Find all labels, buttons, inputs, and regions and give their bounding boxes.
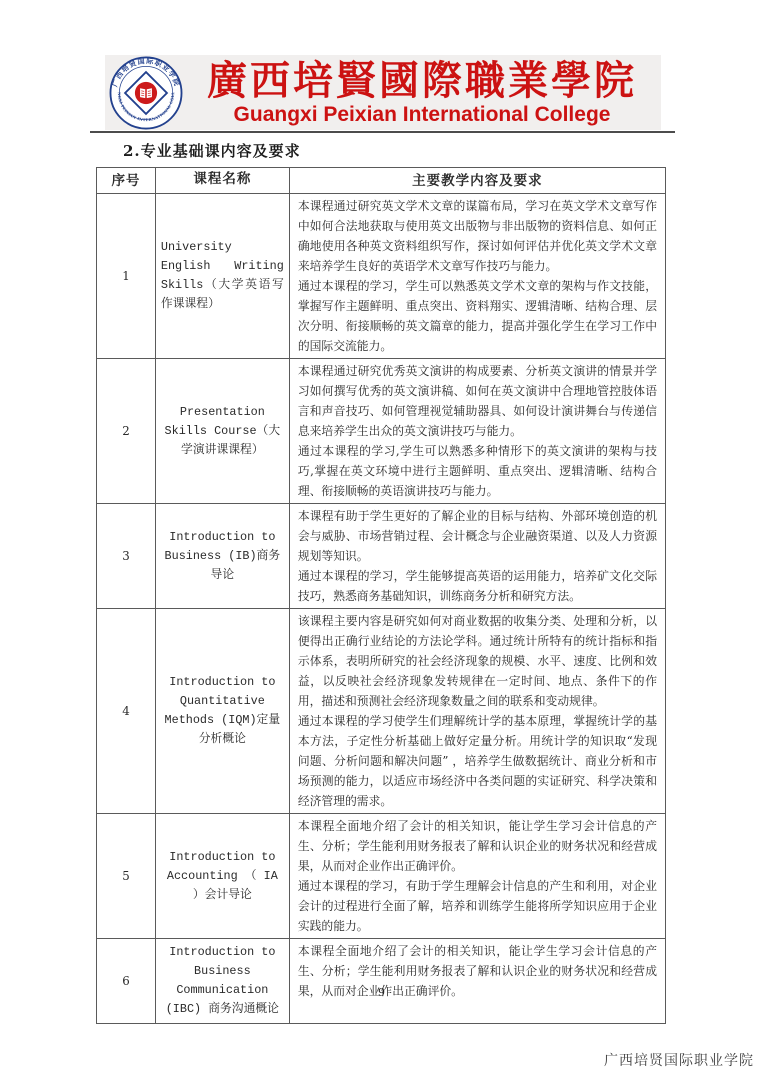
row-number: 5 — [97, 814, 156, 939]
college-name-english: Guangxi Peixian International College — [234, 103, 611, 127]
table-row: 3 Introduction to Business (IB)商务导论 本课程有… — [97, 504, 666, 609]
table-row: 5 Introduction to Accounting （ IA ）会计导论 … — [97, 814, 666, 939]
college-name-chinese: 廣西培賢國際職業學院 — [207, 59, 637, 103]
document-page: 广西培贤国际职业学院 GUANGXI PEIXIAN INTERNATIONAL… — [0, 0, 763, 1080]
content-paragraph: 通过本课程的学习,学生可以熟悉多种情形下的英文演讲的架构与技巧,掌握在英文环境中… — [298, 441, 657, 501]
table-body: 1 University English Writing Skills（大学英语… — [97, 194, 666, 1024]
column-header-course-name: 课程名称 — [155, 168, 289, 194]
courses-table: 序号 课程名称 主要教学内容及要求 1 University English W… — [96, 167, 666, 1024]
course-name: Introduction to Quantitative Methods (IQ… — [155, 609, 289, 814]
table-row: 6 Introduction to Business Communication… — [97, 939, 666, 1024]
college-header: 广西培贤国际职业学院 GUANGXI PEIXIAN INTERNATIONAL… — [105, 55, 661, 130]
table-header-row: 序号 课程名称 主要教学内容及要求 — [97, 168, 666, 194]
row-number: 2 — [97, 359, 156, 504]
content-paragraph: 通过本课程的学习，学生可以熟悉英文学术文章的架构与作文技能，掌握写作主题鲜明、重… — [298, 276, 657, 356]
row-number: 1 — [97, 194, 156, 359]
content-paragraph: 通过本课程的学习，学生能够提高英语的运用能力，培养矿文化交际技巧，熟悉商务基础知… — [298, 566, 657, 606]
row-number: 6 — [97, 939, 156, 1024]
course-name: Introduction to Business Communication (… — [155, 939, 289, 1024]
course-name: Introduction to Accounting （ IA ）会计导论 — [155, 814, 289, 939]
seal-center-circle — [135, 81, 157, 103]
course-name: University English Writing Skills（大学英语写作… — [155, 194, 289, 359]
content-cell: 本课程全面地介绍了会计的相关知识，能让学生学习会计信息的产生、分析；学生能利用财… — [289, 939, 665, 1024]
section-title: 2.专业基础课内容及要求 — [123, 140, 301, 161]
content-cell: 该课程主要内容是研究如何对商业数据的收集分类、处理和分析，以便得出正确行业结论的… — [289, 609, 665, 814]
college-seal-logo: 广西培贤国际职业学院 GUANGXI PEIXIAN INTERNATIONAL… — [109, 56, 183, 130]
content-paragraph: 本课程通过研究英文学术文章的谋篇布局，学习在英文学术文章写作中如何合法地获取与使… — [298, 196, 657, 276]
column-header-content: 主要教学内容及要求 — [289, 168, 665, 194]
table-row: 1 University English Writing Skills（大学英语… — [97, 194, 666, 359]
content-cell: 本课程全面地介绍了会计的相关知识，能让学生学习会计信息的产生、分析；学生能利用财… — [289, 814, 665, 939]
page-number: 9 — [0, 986, 763, 999]
content-paragraph: 通过本课程的学习使学生们理解统计学的基本原理，掌握统计学的基本方法，子定性分析基… — [298, 711, 657, 811]
row-number: 4 — [97, 609, 156, 814]
content-paragraph: 该课程主要内容是研究如何对商业数据的收集分类、处理和分析，以便得出正确行业结论的… — [298, 611, 657, 711]
content-paragraph: 本课程全面地介绍了会计的相关知识，能让学生学习会计信息的产生、分析；学生能利用财… — [298, 816, 657, 876]
table-row: 2 Presentation Skills Course（大学演讲课课程） 本课… — [97, 359, 666, 504]
content-cell: 本课程有助于学生更好的了解企业的目标与结构、外部环境创造的机会与威胁、市场营销过… — [289, 504, 665, 609]
content-cell: 本课程通过研究优秀英文演讲的构成要素、分析英文演讲的情景并学习如何撰写优秀的英文… — [289, 359, 665, 504]
content-paragraph: 本课程有助于学生更好的了解企业的目标与结构、外部环境创造的机会与威胁、市场营销过… — [298, 506, 657, 566]
column-header-number: 序号 — [97, 168, 156, 194]
table-row: 4 Introduction to Quantitative Methods (… — [97, 609, 666, 814]
content-paragraph: 本课程通过研究优秀英文演讲的构成要素、分析英文演讲的情景并学习如何撰写优秀的英文… — [298, 361, 657, 441]
content-paragraph: 通过本课程的学习，有助于学生理解会计信息的产生和利用，对企业会计的过程进行全面了… — [298, 876, 657, 936]
header-divider — [90, 131, 675, 133]
row-number: 3 — [97, 504, 156, 609]
footer-college-name: 广西培贤国际职业学院 — [604, 1050, 754, 1070]
course-name: Introduction to Business (IB)商务导论 — [155, 504, 289, 609]
content-cell: 本课程通过研究英文学术文章的谋篇布局，学习在英文学术文章写作中如何合法地获取与使… — [289, 194, 665, 359]
course-name: Presentation Skills Course（大学演讲课课程） — [155, 359, 289, 504]
